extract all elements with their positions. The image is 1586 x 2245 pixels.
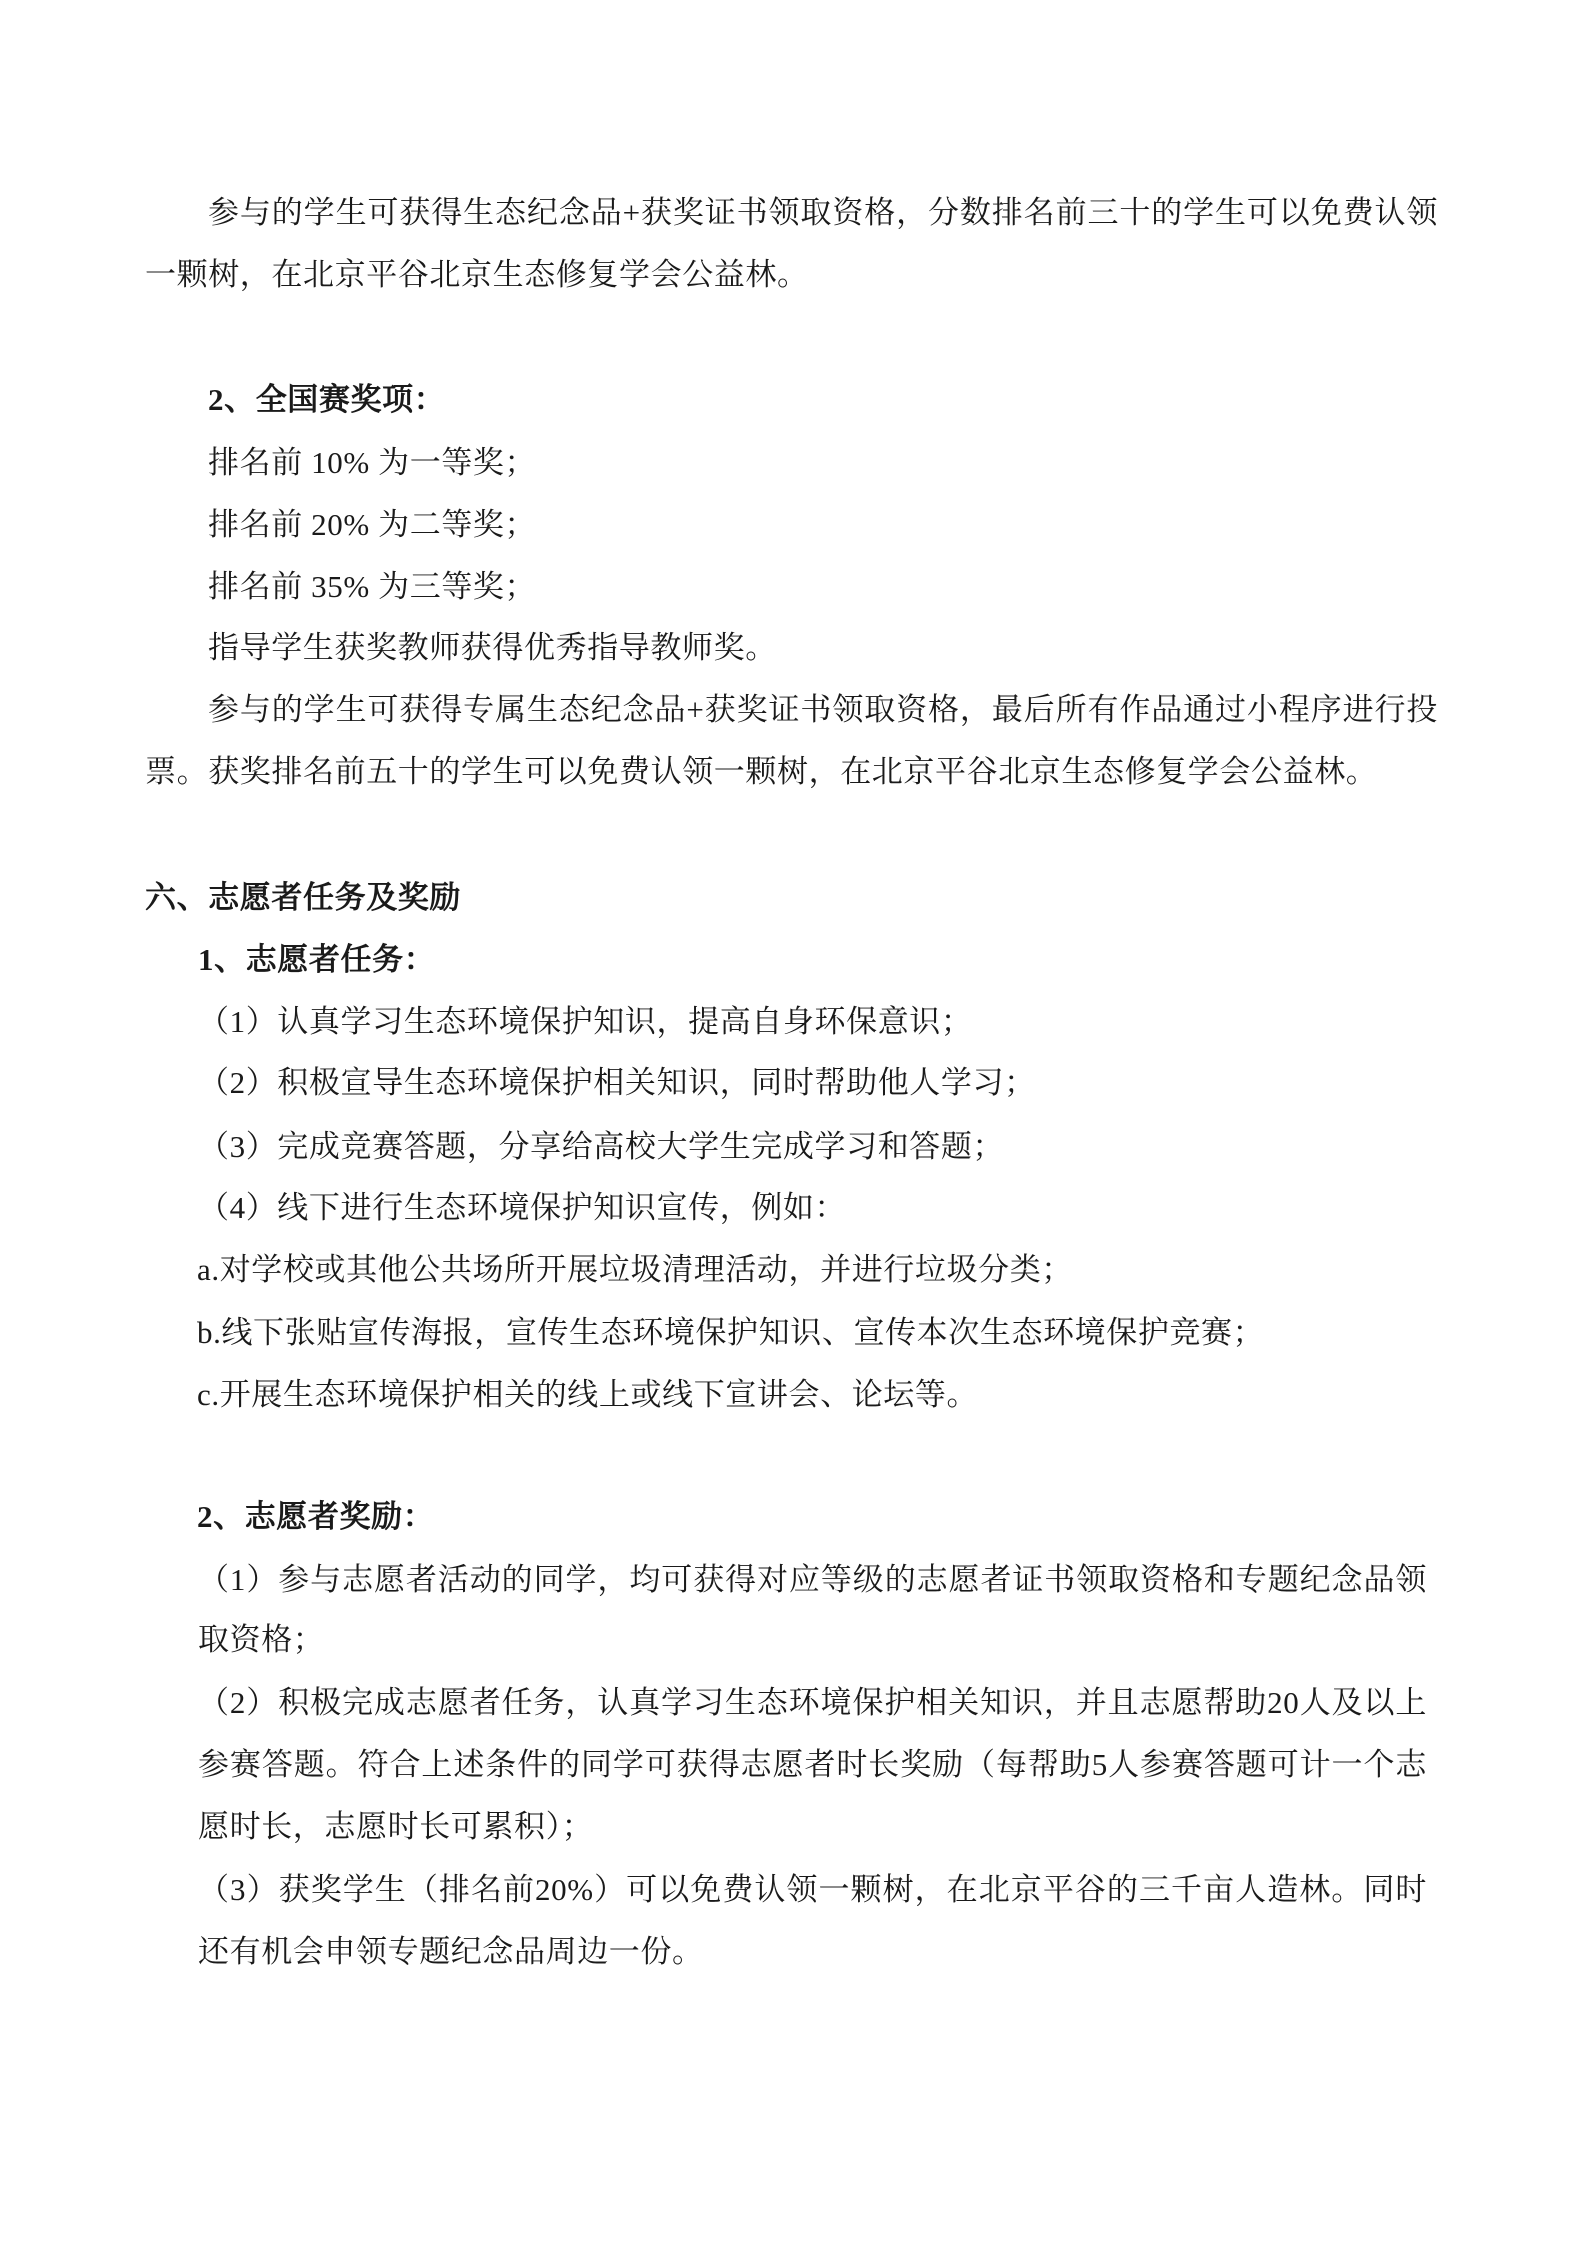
award-item-first-prize: 排名前 10% 为一等奖；	[208, 443, 536, 483]
paragraph-line: 票。获奖排名前五十的学生可以免费认领一颗树，在北京平谷北京生态修复学会公益林。	[145, 752, 1375, 792]
reward-item-line: 参赛答题。符合上述条件的同学可获得志愿者时长奖励（每帮助5人参赛答题可计一个志	[198, 1745, 1427, 1785]
task-sub-item: a.对学校或其他公共场所开展垃圾清理活动，并进行垃圾分类；	[197, 1250, 1073, 1290]
award-item-teacher: 指导学生获奖教师获得优秀指导教师奖。	[208, 628, 777, 668]
reward-item-line: （1）参与志愿者活动的同学，均可获得对应等级的志愿者证书领取资格和专题纪念品领	[198, 1560, 1427, 1600]
task-item: （4）线下进行生态环境保护知识宣传，例如：	[198, 1188, 846, 1228]
reward-item-line: 还有机会申领专题纪念品周边一份。	[198, 1932, 704, 1972]
paragraph-line: 参与的学生可获得专属生态纪念品+获奖证书领取资格，最后所有作品通过小程序进行投	[208, 690, 1438, 730]
paragraph-line: 一颗树，在北京平谷北京生态修复学会公益林。	[145, 255, 809, 295]
task-item: （2）积极宣导生态环境保护相关知识，同时帮助他人学习；	[198, 1063, 1036, 1103]
reward-item-line: （2）积极完成志愿者任务，认真学习生态环境保护相关知识，并且志愿帮助20人及以上	[198, 1683, 1427, 1723]
reward-item-line: （3）获奖学生（排名前20%）可以免费认领一颗树，在北京平谷的三千亩人造林。同时	[198, 1870, 1427, 1910]
award-item-second-prize: 排名前 20% 为二等奖；	[208, 505, 536, 545]
subsection-heading-volunteer-rewards: 2、志愿者奖励：	[197, 1497, 434, 1537]
section-heading-national-awards: 2、全国赛奖项：	[208, 380, 445, 420]
task-item: （3）完成竞赛答题，分享给高校大学生完成学习和答题；	[198, 1127, 1004, 1167]
subsection-heading-volunteer-tasks: 1、志愿者任务：	[198, 940, 435, 980]
reward-item-line: 愿时长，志愿时长可累积）；	[198, 1807, 593, 1847]
award-item-third-prize: 排名前 35% 为三等奖；	[208, 567, 536, 607]
task-sub-item: b.线下张贴宣传海报，宣传生态环境保护知识、宣传本次生态环境保护竞赛；	[197, 1313, 1264, 1353]
task-sub-item: c.开展生态环境保护相关的线上或线下宣讲会、论坛等。	[197, 1375, 978, 1415]
section-heading-volunteer: 六、志愿者任务及奖励	[145, 878, 461, 918]
paragraph-line: 参与的学生可获得生态纪念品+获奖证书领取资格，分数排名前三十的学生可以免费认领	[208, 193, 1438, 233]
document-page: 参与的学生可获得生态纪念品+获奖证书领取资格，分数排名前三十的学生可以免费认领 …	[0, 0, 1586, 2245]
task-item: （1）认真学习生态环境保护知识，提高自身环保意识；	[198, 1002, 973, 1042]
reward-item-line: 取资格；	[198, 1620, 324, 1660]
